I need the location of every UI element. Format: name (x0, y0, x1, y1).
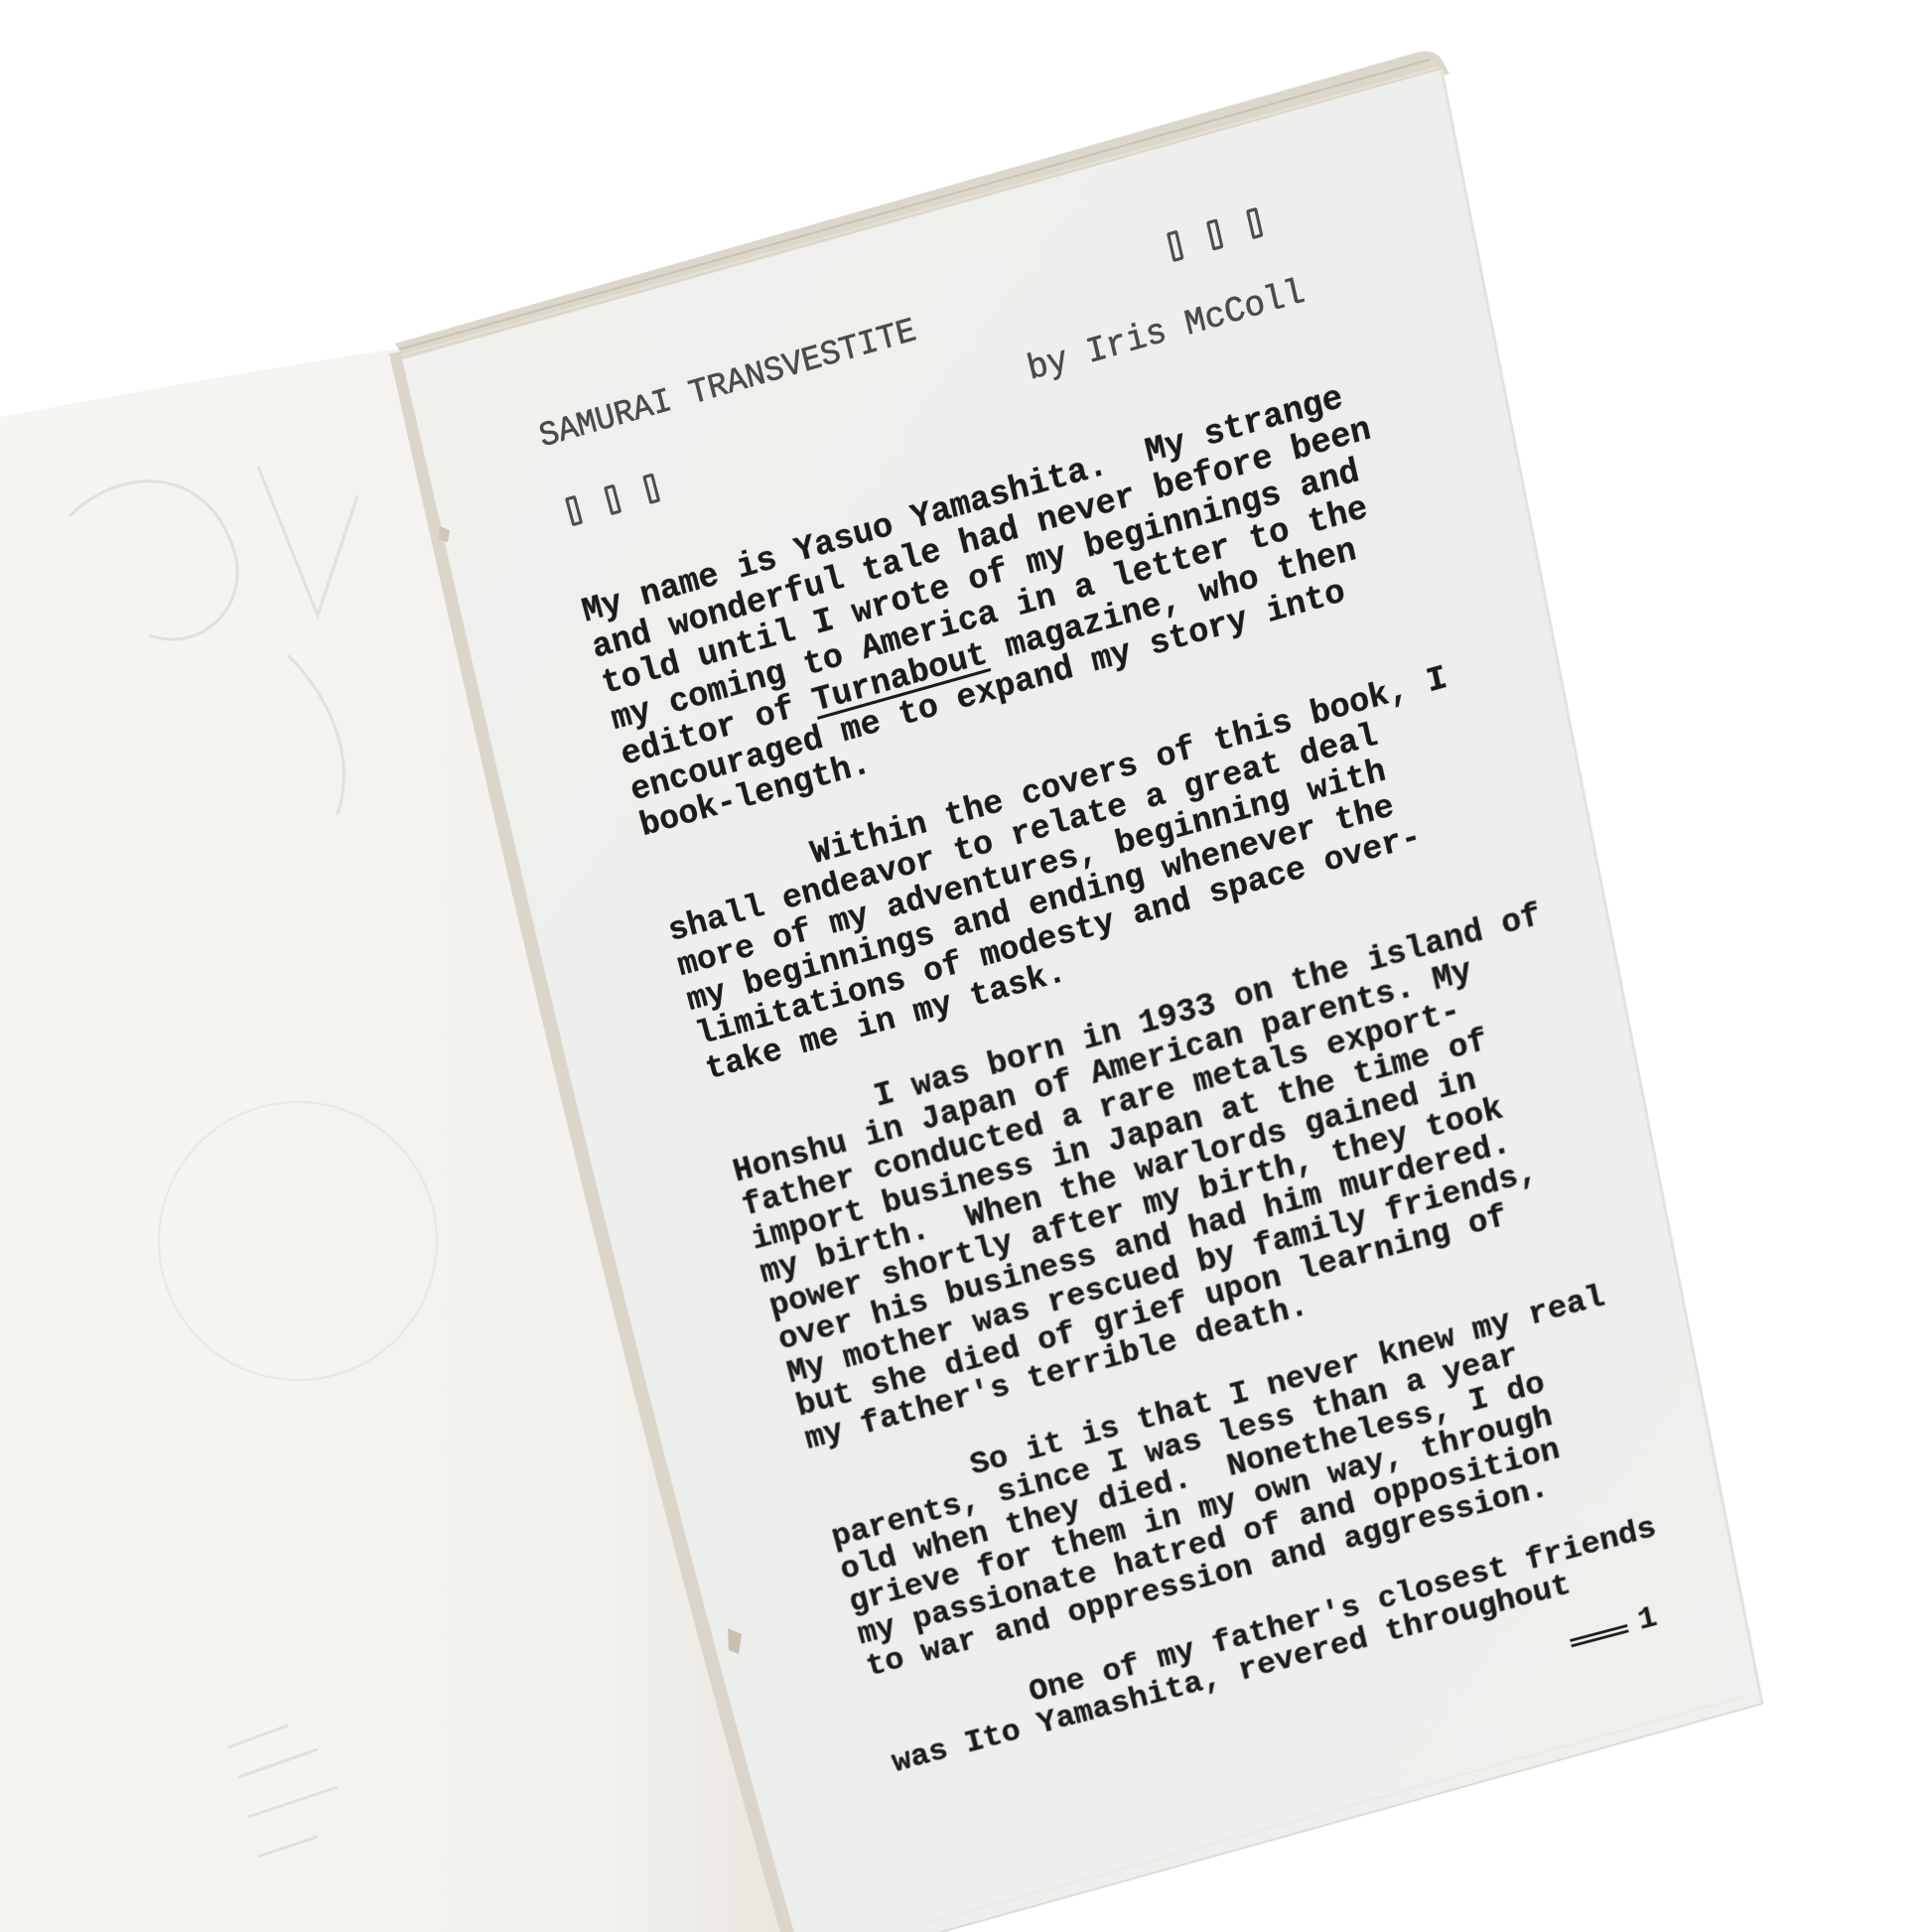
photo-stage: SAMURAI TRANSVESTITEby Iris McCollMy nam… (0, 0, 1932, 1932)
typed-page: SAMURAI TRANSVESTITEby Iris McCollMy nam… (586, 622, 587, 623)
